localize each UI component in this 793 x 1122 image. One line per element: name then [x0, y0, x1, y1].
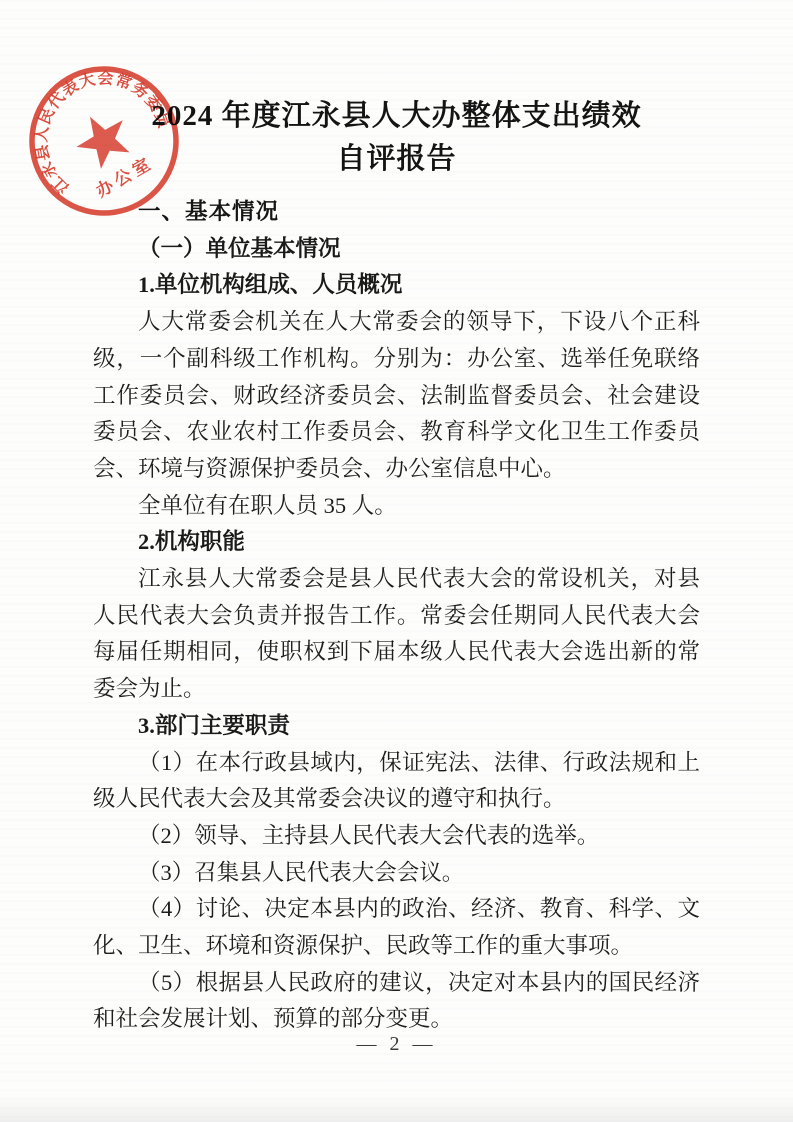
paragraph-staff-count: 全单位有在职人员 35 人。	[93, 488, 700, 525]
heading-org-functions: 2.机构职能	[93, 524, 700, 561]
paragraph-duty-2: （2）领导、主持县人民代表大会代表的选举。	[93, 818, 700, 855]
document-body: 2024 年度江永县人大办整体支出绩效 自评报告 一、基本情况 （一）单位基本情…	[93, 95, 700, 1038]
heading-dept-main-duties: 3.部门主要职责	[93, 708, 700, 745]
document-page: 江永县人民代表大会常务委员会 办公室 2024 年度江永县人大办整体支出绩效 自…	[0, 0, 793, 1122]
document-title-line2: 自评报告	[93, 138, 700, 181]
heading-unit-org-composition: 1.单位机构组成、人员概况	[93, 267, 700, 304]
paragraph-duty-4: （4）讨论、决定本县内的政治、经济、教育、科学、文化、卫生、环境和资源保护、民政…	[93, 891, 700, 964]
heading-1-1-unit-basic-situation: （一）单位基本情况	[93, 231, 700, 268]
paragraph-org-functions: 江永县人大常委会是县人民代表大会的常设机关，对县人民代表大会负责并报告工作。常委…	[93, 561, 700, 708]
document-title: 2024 年度江永县人大办整体支出绩效 自评报告	[93, 95, 700, 181]
page-number: — 2 —	[0, 1033, 793, 1056]
paragraph-duty-1: （1）在本行政县域内，保证宪法、法律、行政法规和上级人民代表大会及其常委会决议的…	[93, 745, 700, 818]
heading-1-basic-situation: 一、基本情况	[93, 194, 700, 231]
paragraph-duty-3: （3）召集县人民代表大会会议。	[93, 855, 700, 892]
official-seal: 江永县人民代表大会常务委员会 办公室	[24, 60, 184, 222]
document-content: 一、基本情况 （一）单位基本情况 1.单位机构组成、人员概况 人大常委会机关在人…	[93, 194, 700, 1038]
document-title-line1: 2024 年度江永县人大办整体支出绩效	[93, 95, 700, 138]
paragraph-org-structure: 人大常委会机关在人大常委会的领导下，下设八个正科级，一个副科级工作机构。分别为：…	[93, 304, 700, 488]
paragraph-duty-5: （5）根据县人民政府的建议，决定对本县内的国民经济和社会发展计划、预算的部分变更…	[93, 965, 700, 1038]
